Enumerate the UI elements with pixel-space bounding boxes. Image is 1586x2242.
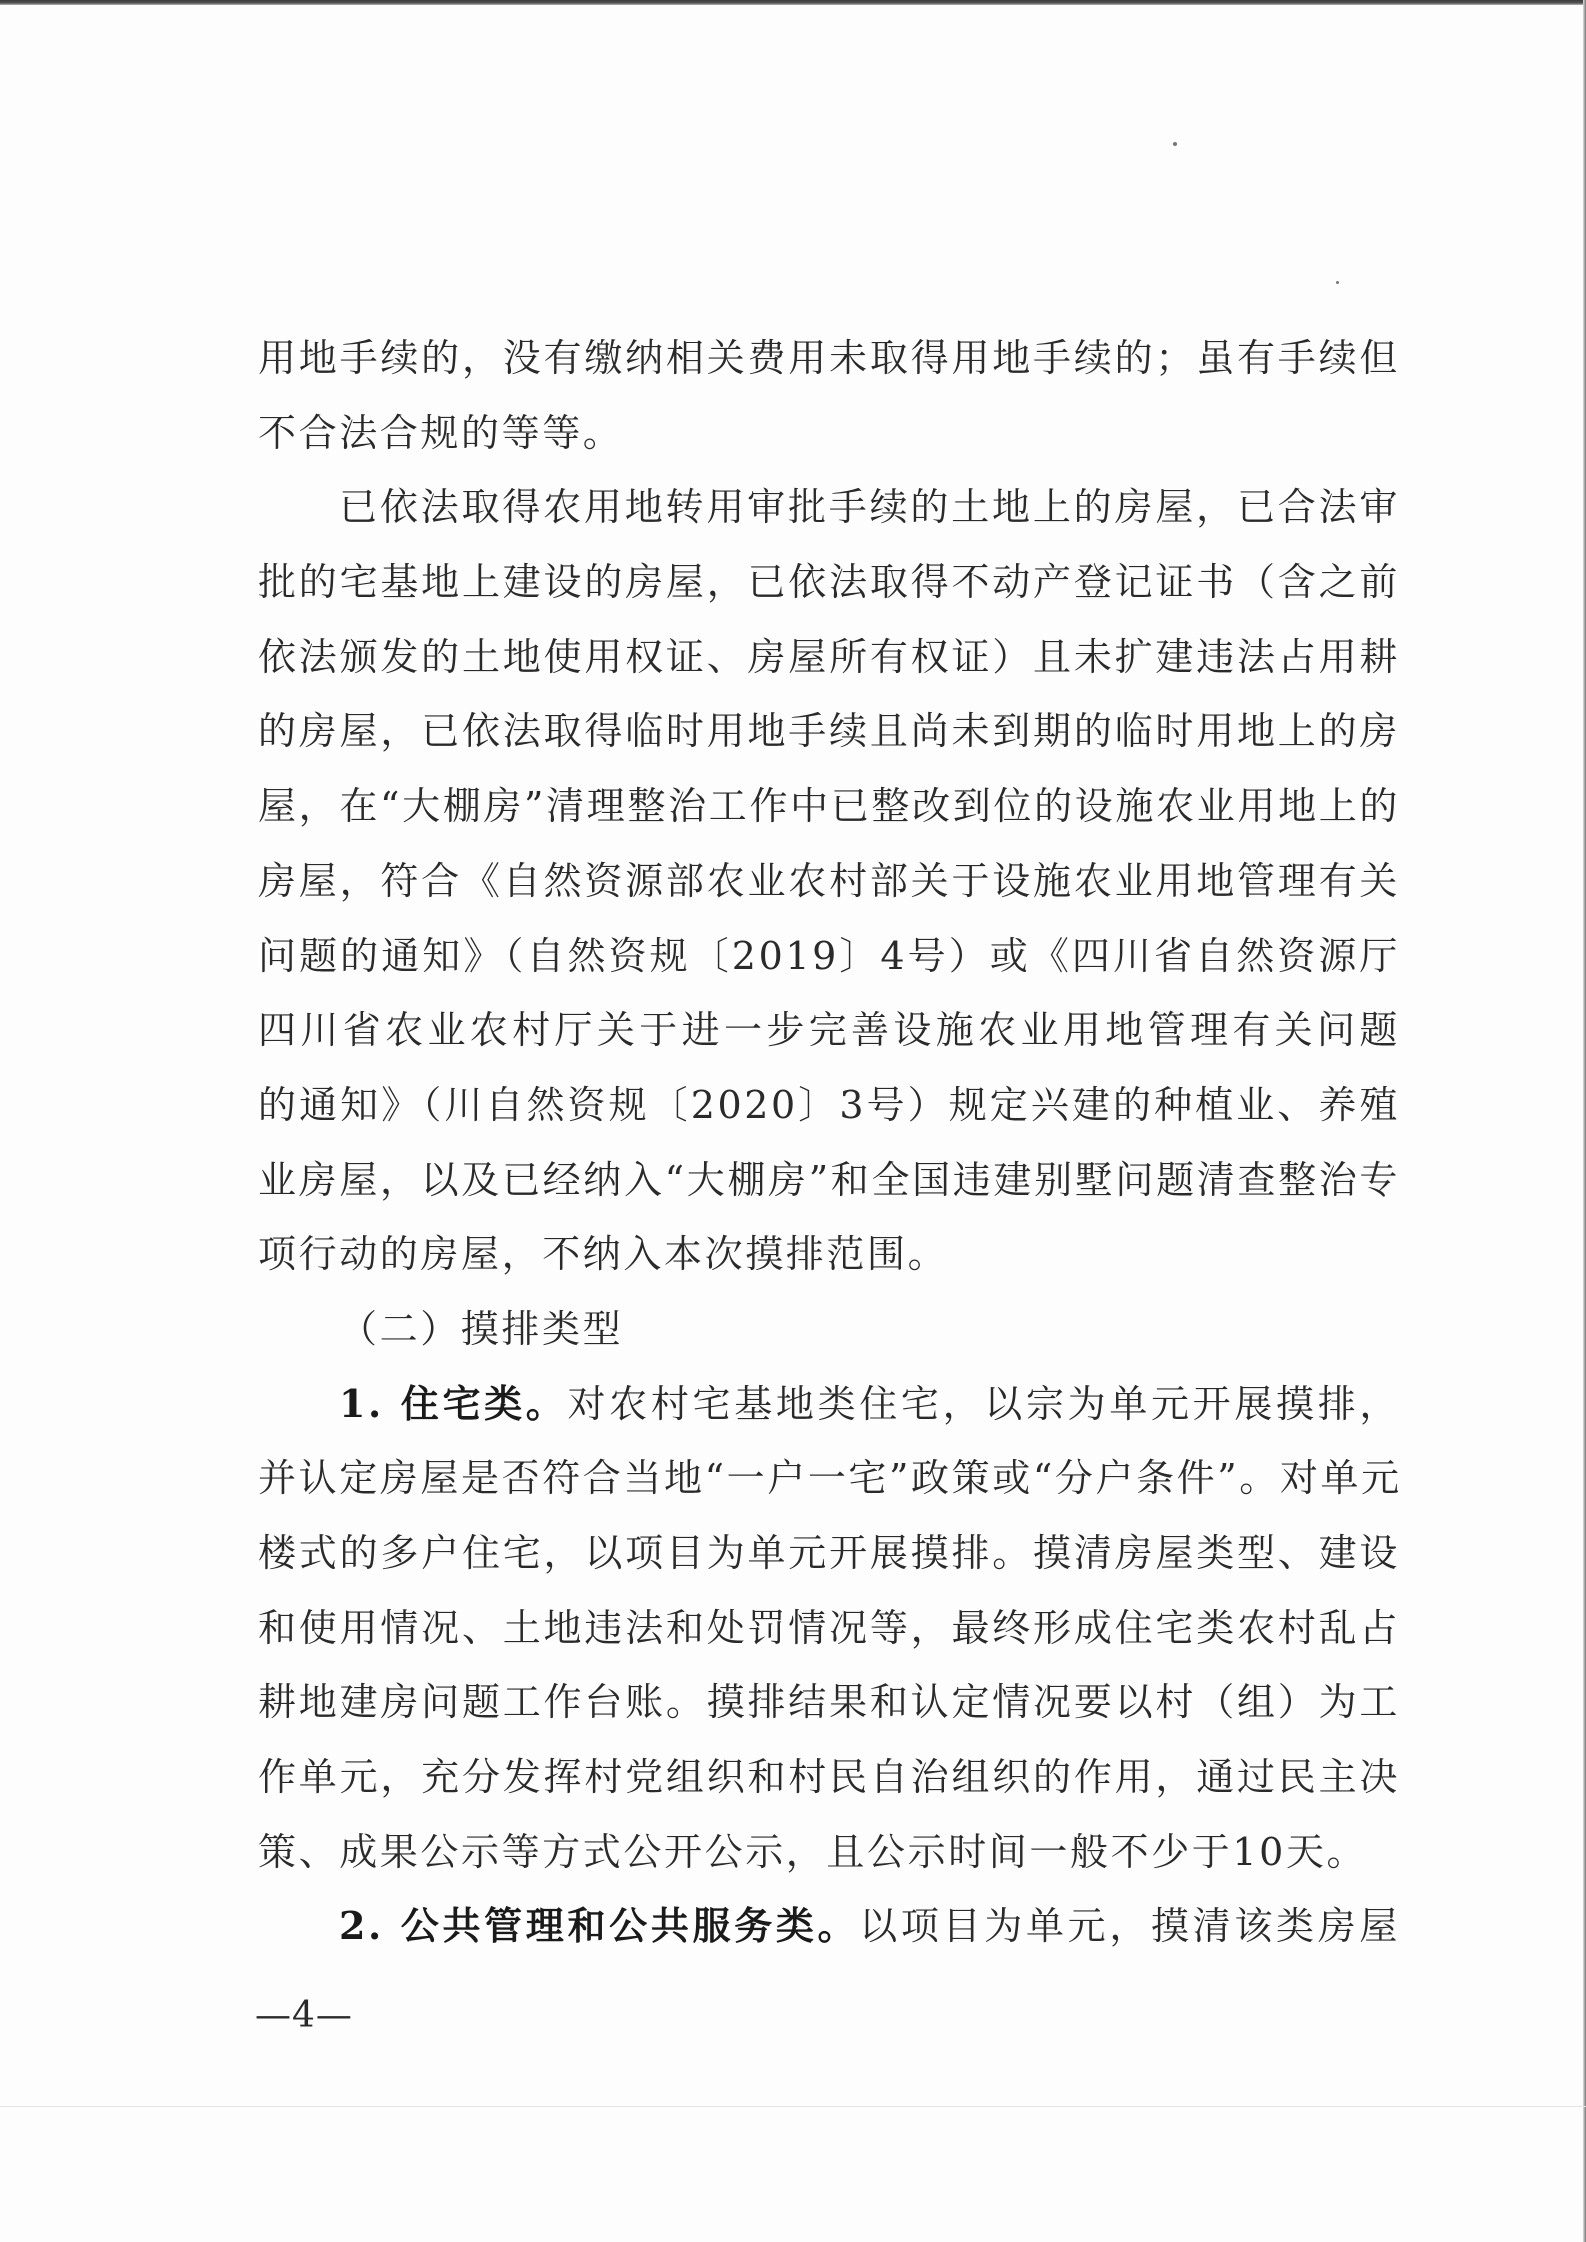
item-2-text: 以项目为单元，摸清该类房屋: [859, 1904, 1400, 1948]
scan-artifact-line: [0, 2106, 1586, 2107]
document-body: 用地手续的，没有缴纳相关费用未取得用地手续的；虽有手续但 不合法合规的等等。 已…: [258, 332, 1403, 1975]
paragraph-line: 策、成果公示等方式公开公示，且公示时间一般不少于10天。: [258, 1826, 1400, 1901]
scan-speck: [1173, 142, 1177, 146]
paragraph-line: 和使用情况、土地违法和处罚情况等，最终形成住宅类农村乱占: [258, 1602, 1400, 1677]
section-heading: （二）摸排类型: [258, 1303, 1403, 1378]
paragraph-line: 的通知》（川自然资规〔2020〕3号）规定兴建的种植业、养殖: [258, 1079, 1400, 1154]
paragraph-line: 作单元，充分发挥村党组织和村民自治组织的作用，通过民主决: [258, 1751, 1400, 1826]
item-2-label: 2. 公共管理和公共服务类。: [339, 1903, 859, 1948]
scan-speck: [1336, 281, 1339, 284]
item-2-first-line: 2. 公共管理和公共服务类。以项目为单元，摸清该类房屋: [258, 1900, 1400, 1975]
paragraph-line: 房屋，符合《自然资源部农业农村部关于设施农业用地管理有关: [258, 855, 1400, 930]
paragraph-line: 批的宅基地上建设的房屋，已依法取得不动产登记证书（含之前: [258, 556, 1400, 631]
paragraph-line: 业房屋，以及已经纳入“大棚房”和全国违建别墅问题清查整治专: [258, 1154, 1400, 1229]
paragraph-line: 不合法合规的等等。: [258, 407, 1400, 482]
scan-top-edge: [0, 0, 1586, 5]
paragraph-line: 屋，在“大棚房”清理整治工作中已整改到位的设施农业用地上的: [258, 780, 1400, 855]
paragraph-line: 项行动的房屋，不纳入本次摸排范围。: [258, 1228, 1400, 1303]
item-1-label: 1. 住宅类。: [339, 1381, 568, 1426]
paragraph-line: 依法颁发的土地使用权证、房屋所有权证）且未扩建违法占用耕: [258, 631, 1400, 706]
paragraph-line: 四川省农业农村厅关于进一步完善设施农业用地管理有关问题: [258, 1004, 1400, 1079]
paragraph-line: 楼式的多户住宅，以项目为单元开展摸排。摸清房屋类型、建设: [258, 1527, 1400, 1602]
page-number: —4—: [255, 1990, 353, 2042]
paragraph-line: 问题的通知》（自然资规〔2019〕4号）或《四川省自然资源厅: [258, 930, 1400, 1005]
paragraph-line: 并认定房屋是否符合当地“一户一宅”政策或“分户条件”。对单元: [258, 1452, 1400, 1527]
paragraph-line: 用地手续的，没有缴纳相关费用未取得用地手续的；虽有手续但: [258, 332, 1400, 407]
paragraph-line: 已依法取得农用地转用审批手续的土地上的房屋，已合法审: [258, 481, 1400, 556]
item-1-first-line: 1. 住宅类。对农村宅基地类住宅，以宗为单元开展摸排，: [258, 1378, 1400, 1453]
paragraph-line: 耕地建房问题工作台账。摸排结果和认定情况要以村（组）为工: [258, 1676, 1400, 1751]
item-1-text: 对农村宅基地类住宅，以宗为单元开展摸排，: [568, 1382, 1401, 1426]
paragraph-line: 的房屋，已依法取得临时用地手续且尚未到期的临时用地上的房: [258, 705, 1400, 780]
